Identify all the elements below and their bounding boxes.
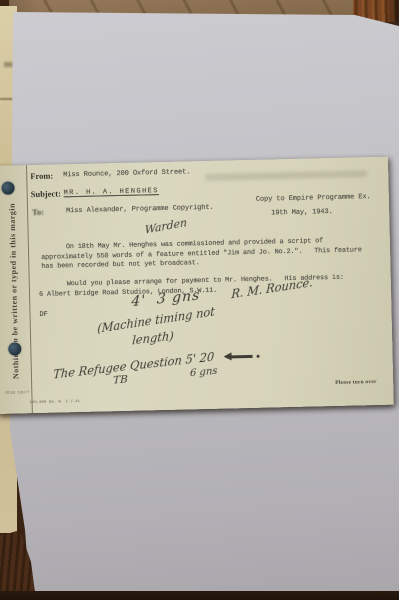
wood-table-surface: [0, 591, 399, 600]
handwritten-timing-note: length): [132, 329, 174, 348]
date: 19th May, 1943.: [271, 208, 333, 217]
to-label: To:: [32, 207, 44, 217]
turn-over-note: Please turn over: [335, 379, 377, 386]
imprint-line: 100,000 6m. W. 1.7.41: [30, 400, 81, 405]
subject-value: MR. H. A. HENGHES: [64, 187, 159, 197]
subject-label: Subject:: [31, 188, 61, 199]
imprint-line: DC18 12U/T: [5, 391, 29, 396]
memo-card: Nothing to be written or typed in this m…: [0, 157, 394, 414]
copy-note: Copy to Empire Programme Ex.: [256, 193, 371, 204]
left-arrow-mark: [227, 355, 253, 359]
body-line: has been recorded but not yet broadcast.: [41, 259, 200, 271]
from-value: Miss Rounce, 200 Oxford Street.: [63, 168, 190, 179]
handwritten-refugee-fee: 6 gns: [190, 366, 218, 380]
printer-imprint: DC18 12U/T 100,000 6m. W. 1.7.41: [5, 390, 80, 407]
paper-smudge: [4, 62, 13, 67]
handwritten-initials-tb: TB: [113, 373, 128, 386]
ghost-text-smear: [205, 170, 367, 181]
to-value: Miss Alexander, Programme Copyright.: [66, 204, 214, 215]
from-label: From:: [30, 171, 53, 182]
photo-of-memo: Nothing to be written or typed in this m…: [0, 0, 399, 600]
handwritten-routing-word: Warden: [145, 216, 187, 237]
typist-initials: DF: [39, 311, 47, 319]
